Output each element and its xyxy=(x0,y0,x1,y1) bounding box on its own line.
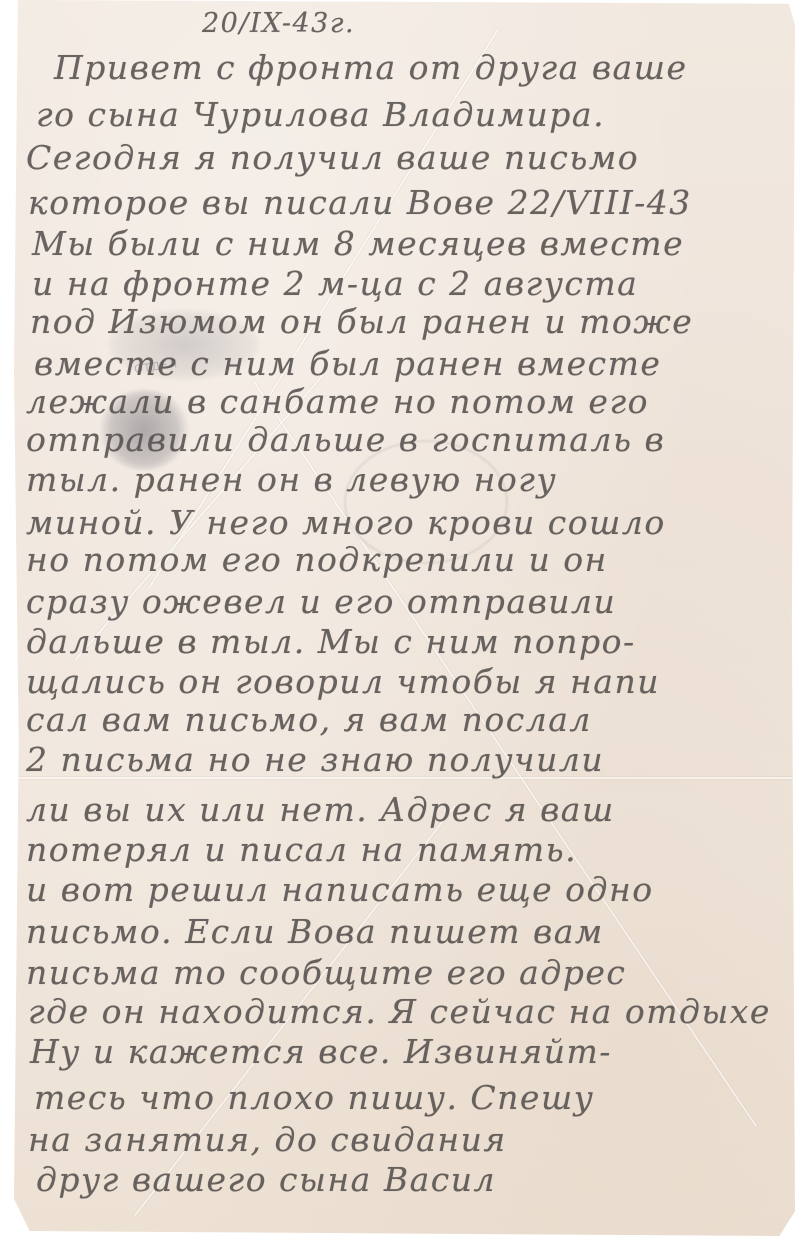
letter-date: 20/IX-43г. xyxy=(202,8,355,39)
letter-line: письмо. Если Вова пишет вам xyxy=(26,912,604,951)
letter-line: дальше в тыл. Мы с ним попро- xyxy=(26,622,636,661)
letter-line: вместе с ним был ранен вместе xyxy=(34,344,661,383)
letter-line: которое вы писали Вове 22/VIII-43 xyxy=(28,183,692,222)
signature-line: друг вашего сына Васил xyxy=(36,1160,496,1199)
letter-line: Мы были с ним 8 месяцев вместе xyxy=(32,224,684,263)
letter-line: миной. У него много крови сошло xyxy=(26,503,666,542)
letter-line: Привет с фронта от друга ваше xyxy=(54,48,688,87)
letter-line: сал вам письмо, я вам послал xyxy=(26,700,592,739)
letter-line: тыл. ранен он в левую ногу xyxy=(26,460,557,499)
letter-line: потерял и писал на память. xyxy=(26,830,577,869)
letter-line: и вот решил написать еще одно xyxy=(26,870,654,909)
letter-line: Ну и кажется все. Извиняйт- xyxy=(30,1032,612,1071)
letter-line: сразу ожевел и его отправили xyxy=(26,582,616,621)
letter-paper: ОТДЕЛ 20/IX-43г. Привет с фронта от друг… xyxy=(14,0,795,1236)
letter-line: где он находится. Я сейчас на отдыхе xyxy=(28,992,771,1031)
letter-line: Сегодня я получил ваше письмо xyxy=(26,138,639,177)
letter-line: щались он говорил чтобы я напи xyxy=(26,662,660,701)
letter-line: отправили дальше в госпиталь в xyxy=(26,420,665,459)
letter-line: го сына Чурилова Владимира. xyxy=(36,95,605,134)
letter-line: на занятия, до свидания xyxy=(28,1120,507,1159)
letter-line: под Изюмом он был ранен и тоже xyxy=(30,302,693,341)
letter-line: тесь что плохо пишу. Спешу xyxy=(34,1078,594,1117)
letter-line: но потом его подкрепили и он xyxy=(26,540,608,579)
letter-line: ли вы их или нет. Адрес я ваш xyxy=(26,790,615,829)
letter-line: письма то сообщите его адрес xyxy=(26,953,626,992)
letter-line: 2 письма но не знаю получили xyxy=(26,740,604,779)
letter-line: лежали в санбате но потом его xyxy=(26,382,649,421)
letter-line: и на фронте 2 м-ца с 2 августа xyxy=(32,264,638,303)
